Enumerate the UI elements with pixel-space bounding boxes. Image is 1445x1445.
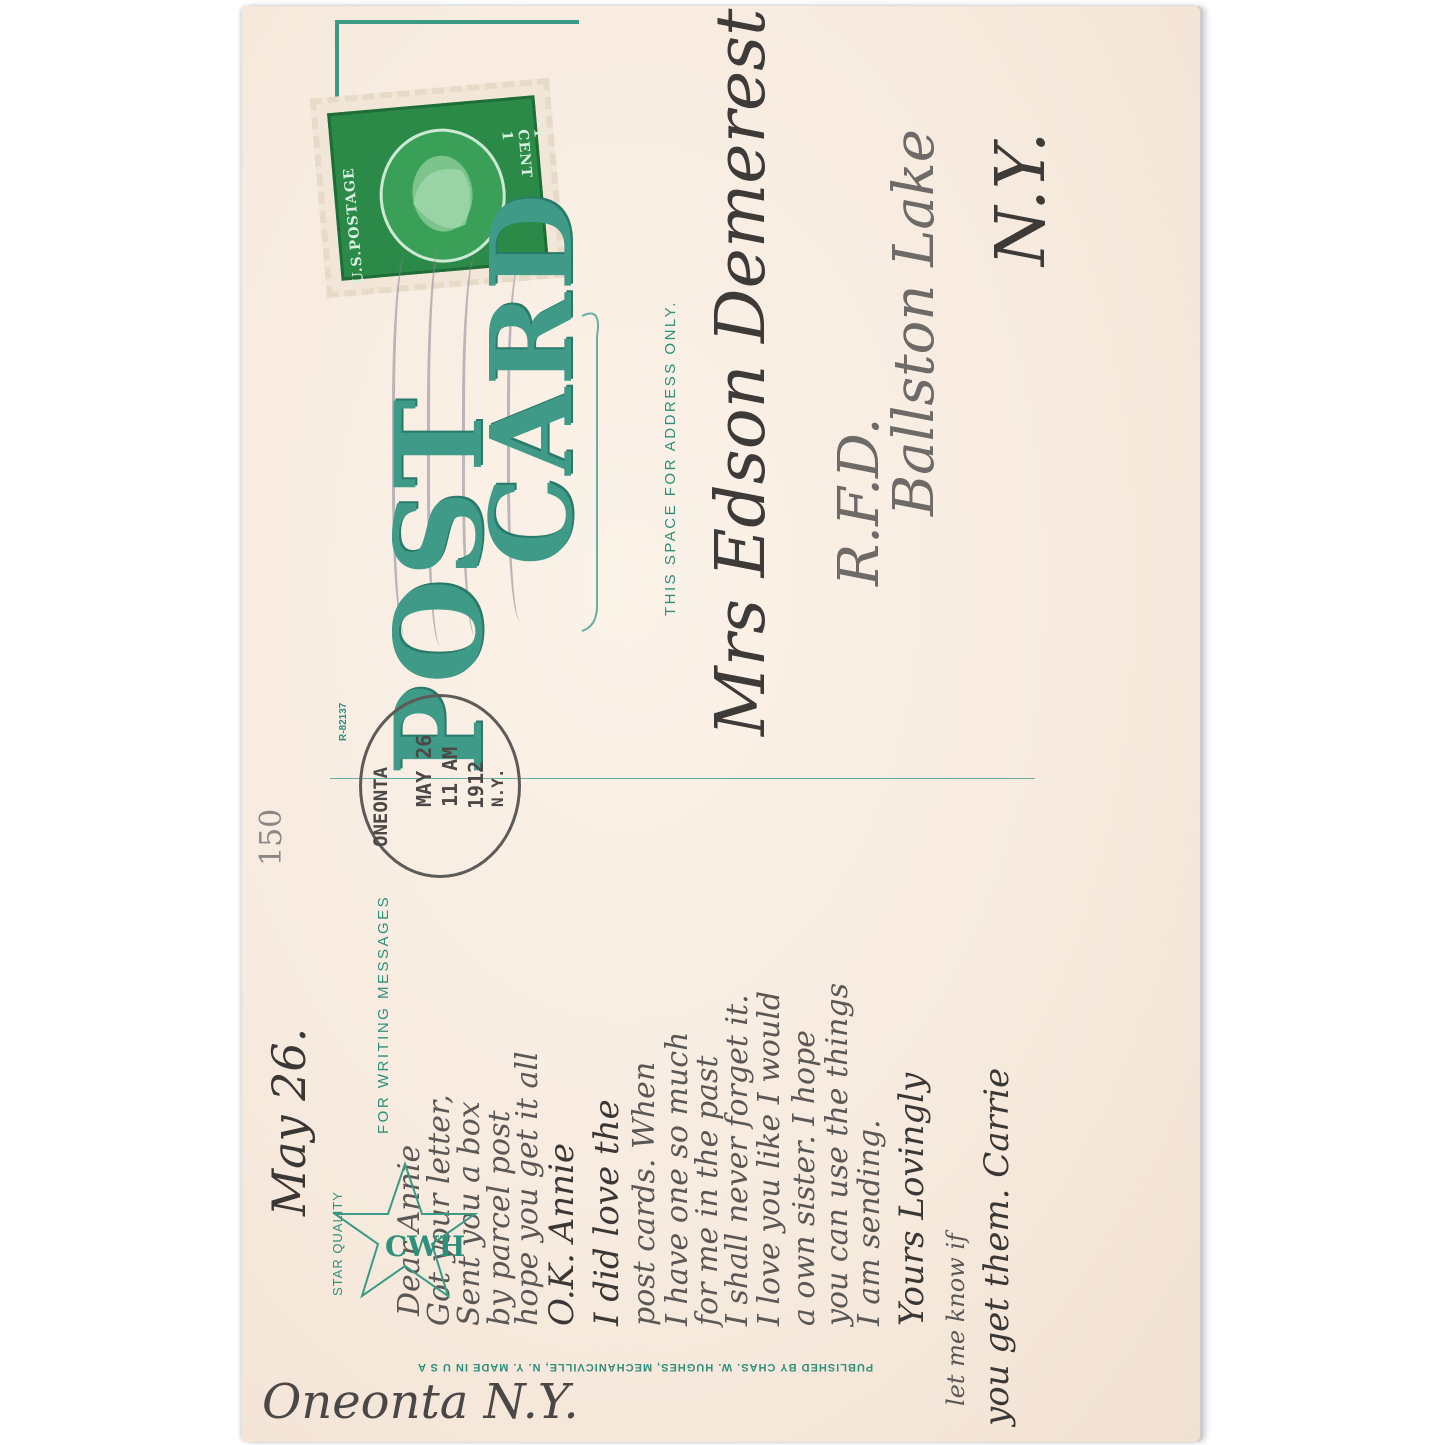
postmark-state: N.Y. [488,768,507,807]
message-line: hope you get it all [510,1051,545,1326]
message-line: I did love the [587,1099,627,1326]
logo-monogram: CWH [385,1230,465,1263]
message-signature: you get them. Carrie [977,1068,1017,1426]
message-closing: Yours Lovingly [892,1073,932,1326]
message-line: I shall never forget it. [720,994,755,1326]
message-line: post cards. When [627,1062,662,1326]
message-line: I love you like I would [752,991,787,1326]
postmark-date: MAY 26 [412,735,436,807]
address-line-3: Ballston Lake [882,129,947,516]
postmark-year: 1912 [464,761,488,809]
address-line-4: N.Y. [982,131,1061,266]
return-place-note: Oneonta N.Y. [262,1374,579,1430]
stamp-denomination-label: 1 CENT 1 [498,127,550,180]
postcard-back: U.S.POSTAGE 1 CENT 1 POST CARD THIS SPAC… [242,6,1200,1442]
postmark: ONEONTA MAY 26 11 AM 1912 N.Y. [359,694,521,878]
message-space-label: FOR WRITING MESSAGES [375,895,392,1134]
message-date: May 26. [262,1028,316,1216]
postmark-town: ONEONTA [370,767,392,847]
serial-number: R-82137 [338,703,349,741]
message-line: a own sister. I hope [787,1030,822,1326]
logo-text: STAR QUALITY [330,1191,345,1296]
message-line: I am sending. [852,1119,887,1326]
flourish-icon [572,306,612,636]
address-line-1: Mrs Edson Demerest [702,8,781,736]
message-line: you can use the things [820,983,855,1326]
publisher-line: PUBLISHED BY CHAS. W. HUGHES, MECHANICVI… [417,1361,873,1373]
postmark-time: 11 AM [438,747,462,807]
message-line: O.K. Annie [542,1143,582,1326]
address-space-label: THIS SPACE FOR ADDRESS ONLY. [662,300,679,616]
star-quality-logo-icon: CWH [330,1156,480,1306]
stamp-country-label: U.S.POSTAGE [341,167,367,285]
message-line: let me know if [942,1233,970,1406]
pencil-note: 150 [254,809,289,866]
